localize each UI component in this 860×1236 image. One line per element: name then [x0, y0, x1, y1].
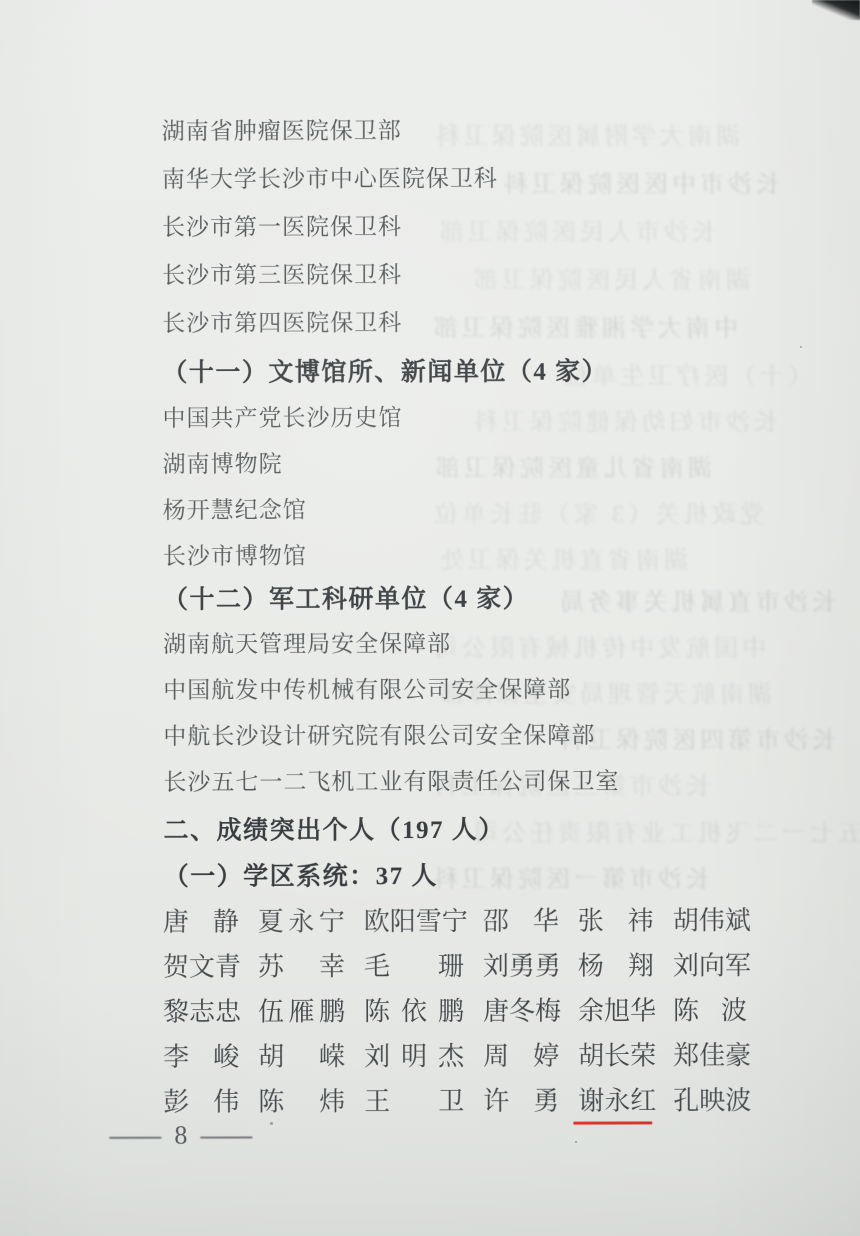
name-character: 斌	[725, 900, 751, 937]
name-character: 鹏	[319, 991, 345, 1028]
name-character: 长	[604, 1035, 630, 1072]
name-character: 宁	[319, 901, 345, 938]
name-character: 旭	[604, 990, 630, 1027]
name-character: 邵	[483, 901, 509, 938]
name-character: 文	[189, 947, 215, 984]
name-character: 苏	[258, 946, 284, 983]
name-cell: 陈炜	[258, 1081, 345, 1118]
name-character: 张	[578, 901, 604, 938]
names-grid: 唐静夏永宁欧阳雪宁邵华张祎胡伟斌贺文青苏幸毛珊刘勇勇杨翔刘向军黎志忠伍雁鹏陈依鹏…	[0, 0, 858, 1]
name-character: 雁	[288, 991, 314, 1028]
name-character: 胡	[258, 1036, 284, 1073]
name-character: 永	[604, 1080, 630, 1117]
name-character: 荣	[630, 1035, 656, 1072]
org-line: 湖南航天管理局安全保障部	[163, 625, 451, 659]
name-cell: 张祎	[578, 900, 654, 937]
name-character: 卫	[438, 1081, 464, 1118]
name-character: 杰	[438, 1036, 464, 1073]
name-character: 嵘	[319, 1036, 345, 1073]
paper-speck	[800, 346, 802, 348]
name-cell: 王卫	[364, 1081, 464, 1118]
name-character: 依	[401, 991, 427, 1028]
org-line: 长沙市第四医院保卫科	[162, 304, 402, 338]
name-character: 佳	[699, 1035, 725, 1072]
name-cell: 夏永宁	[258, 901, 345, 938]
name-character: 勇	[535, 946, 561, 983]
name-character: 周	[483, 1036, 509, 1073]
org-line: 长沙市博物馆	[163, 537, 307, 570]
name-character: 映	[699, 1080, 725, 1117]
name-character: 勇	[509, 946, 535, 983]
name-character: 杨	[578, 946, 604, 983]
name-character: 贺	[163, 947, 189, 984]
org-line: 南华大学长沙市中心医院保卫科	[162, 160, 498, 194]
page-number-dash-right	[200, 1136, 252, 1138]
name-cell: 欧阳雪宁	[364, 901, 464, 938]
name-character: 陈	[258, 1081, 284, 1118]
name-character: 胡	[673, 900, 699, 937]
name-character: 夏	[258, 901, 284, 938]
name-row: 唐静夏永宁欧阳雪宁邵华张祎胡伟斌	[163, 900, 763, 939]
section-heading: 二、成绩突出个人（197 人）	[164, 810, 505, 847]
name-cell: 贺文青	[163, 947, 239, 984]
name-cell: 邵华	[483, 901, 559, 938]
name-cell: 胡嵘	[258, 1036, 345, 1073]
name-character: 波	[725, 1080, 751, 1117]
org-line: 中国航发中传机械有限公司安全保障部	[163, 671, 571, 705]
name-cell: 胡长荣	[578, 1035, 654, 1072]
name-character: 忠	[215, 991, 241, 1028]
name-character: 黎	[163, 992, 189, 1029]
name-character: 鹏	[438, 991, 464, 1028]
org-line: 杨开慧纪念馆	[163, 491, 307, 524]
section-heading: （十一）文博馆所、新闻单位（4 家）	[162, 352, 608, 389]
name-character: 青	[215, 946, 241, 983]
name-cell: 郑佳豪	[673, 1035, 747, 1072]
name-row: 彭伟陈炜王卫许勇谢永红孔映波	[163, 1080, 763, 1119]
name-character: 翔	[628, 945, 654, 982]
section-heading: （十二）军工科研单位（4 家）	[163, 579, 529, 616]
name-character: 婷	[533, 1036, 559, 1073]
name-cell: 毛珊	[364, 946, 464, 983]
name-character: 伟	[213, 1082, 239, 1119]
name-character: 明	[401, 1036, 427, 1073]
name-character: 向	[699, 945, 725, 982]
org-line: 长沙市第三医院保卫科	[162, 256, 402, 290]
name-character: 刘	[673, 945, 699, 982]
name-character: 陈	[673, 990, 699, 1027]
name-character: 欧	[364, 901, 390, 938]
name-character: 幸	[319, 946, 345, 983]
name-cell: 黎志忠	[163, 992, 239, 1029]
name-character: 胡	[578, 1036, 604, 1073]
name-character: 雪	[416, 901, 442, 938]
name-character: 刘	[364, 1036, 390, 1073]
name-cell: 周婷	[483, 1036, 559, 1073]
name-character: 唐	[163, 902, 189, 939]
name-cell: 刘向军	[673, 945, 747, 982]
name-character: 许	[483, 1081, 509, 1118]
name-character: 永	[288, 901, 314, 938]
name-character: 李	[163, 1037, 189, 1074]
name-character: 祎	[628, 900, 654, 937]
photo-background-corner	[812, 0, 860, 20]
name-cell: 唐静	[163, 902, 239, 939]
name-character: 孔	[673, 1080, 699, 1117]
org-line: 湖南博物院	[163, 445, 283, 478]
name-character: 余	[578, 991, 604, 1028]
name-cell: 唐冬梅	[483, 991, 559, 1028]
section-heading: （一）学区系统：37 人	[164, 856, 438, 893]
name-character: 豪	[725, 1035, 751, 1072]
scanned-page: 湖南大学附属医院保卫科长沙市中医医院保卫科长沙市人民医院保卫部湖南省人民医院保卫…	[0, 0, 860, 1236]
name-character: 冬	[509, 991, 535, 1028]
name-cell: 许勇	[483, 1081, 559, 1118]
page-number-value: 8	[174, 1123, 187, 1149]
name-character: 波	[721, 990, 747, 1027]
name-character: 志	[189, 992, 215, 1029]
page-content: 湖南省肿瘤医院保卫部南华大学长沙市中心医院保卫科长沙市第一医院保卫科长沙市第三医…	[0, 0, 860, 1236]
org-line: 长沙五七一二飞机工业有限责任公司保卫室	[163, 763, 619, 797]
name-character: 梅	[535, 991, 561, 1028]
name-cell: 杨翔	[578, 945, 654, 982]
name-cell: 李峻	[163, 1037, 239, 1074]
name-row: 贺文青苏幸毛珊刘勇勇杨翔刘向军	[163, 945, 763, 984]
paper-speck	[270, 1122, 273, 1125]
name-cell: 胡伟斌	[673, 900, 747, 937]
name-cell: 刘明杰	[364, 1036, 464, 1073]
name-character: 王	[364, 1081, 390, 1118]
name-character: 炜	[319, 1081, 345, 1118]
name-cell: 孔映波	[673, 1080, 747, 1117]
org-line: 长沙市第一医院保卫科	[162, 208, 402, 242]
org-line: 中航长沙设计研究院有限公司安全保障部	[163, 717, 595, 751]
name-character: 唐	[483, 991, 509, 1028]
page-number: 8	[109, 1124, 252, 1150]
name-character: 伍	[258, 991, 284, 1028]
name-character: 华	[533, 901, 559, 938]
name-character: 伟	[699, 900, 725, 937]
name-cell: 刘勇勇	[483, 946, 559, 983]
name-character: 静	[213, 902, 239, 939]
name-character: 阳	[390, 901, 416, 938]
name-cell: 余旭华	[578, 990, 654, 1027]
name-cell: 陈波	[673, 990, 747, 1027]
name-character: 红	[630, 1080, 656, 1117]
name-highlighted: 谢永红	[578, 1080, 654, 1117]
name-character: 郑	[673, 1035, 699, 1072]
name-character: 刘	[483, 946, 509, 983]
name-cell: 陈依鹏	[364, 991, 464, 1028]
org-line: 中国共产党长沙历史馆	[162, 399, 402, 433]
name-character: 华	[630, 990, 656, 1027]
name-character: 勇	[533, 1081, 559, 1118]
name-character: 谢	[578, 1081, 604, 1118]
name-cell: 伍雁鹏	[258, 991, 345, 1028]
name-cell: 苏幸	[258, 946, 345, 983]
page-number-dash-left	[109, 1137, 161, 1139]
name-character: 峻	[213, 1037, 239, 1074]
name-character: 彭	[163, 1082, 189, 1119]
org-line: 湖南省肿瘤医院保卫部	[162, 112, 402, 146]
name-character: 军	[725, 945, 751, 982]
name-row: 李峻胡嵘刘明杰周婷胡长荣郑佳豪	[163, 1035, 763, 1074]
name-cell: 彭伟	[163, 1082, 239, 1119]
text-blocks: 湖南省肿瘤医院保卫部南华大学长沙市中心医院保卫科长沙市第一医院保卫科长沙市第三医…	[0, 0, 858, 1]
name-character: 毛	[364, 946, 390, 983]
paper-speck	[575, 1141, 577, 1143]
name-character: 陈	[364, 991, 390, 1028]
name-character: 珊	[438, 946, 464, 983]
name-row: 黎志忠伍雁鹏陈依鹏唐冬梅余旭华陈波	[163, 990, 763, 1029]
name-character: 宁	[442, 901, 468, 938]
